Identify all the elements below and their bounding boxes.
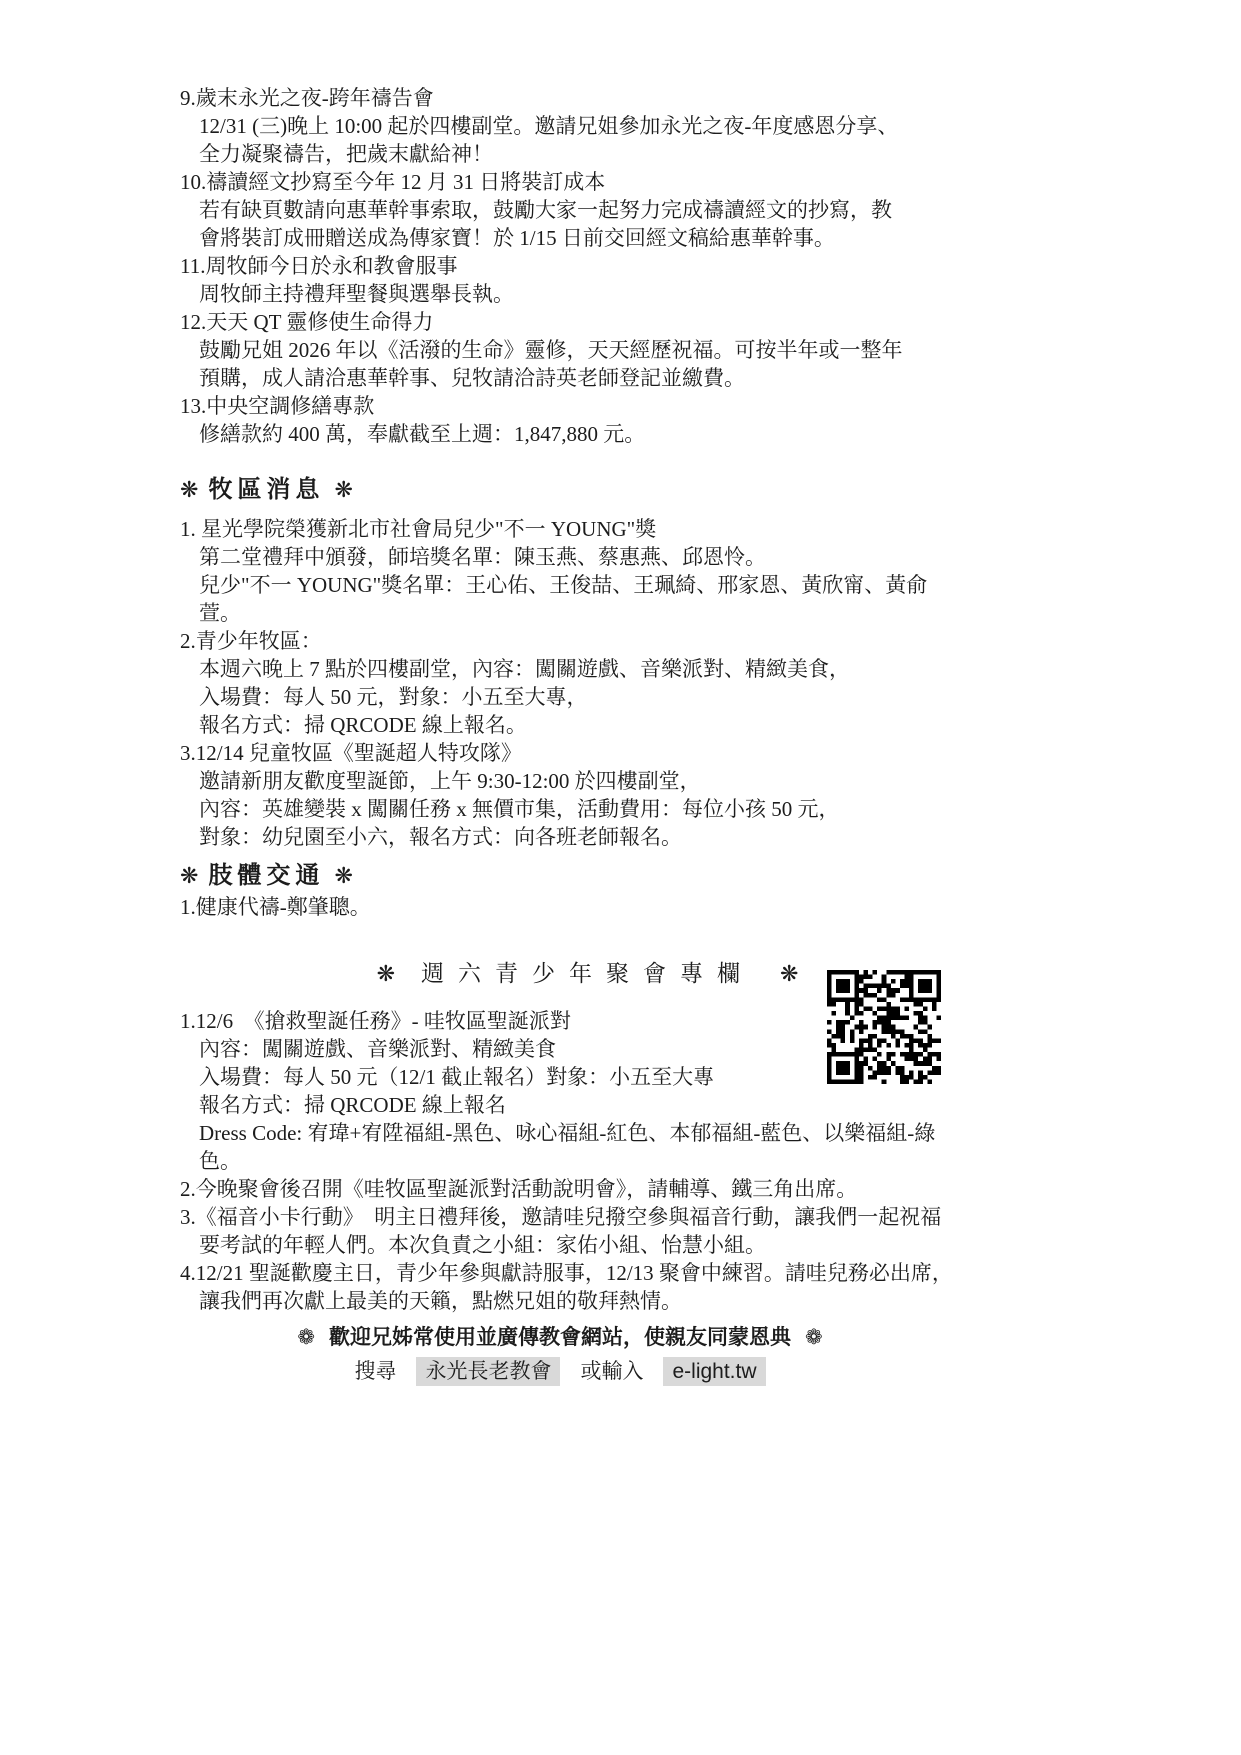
announcement-item: 12.天天 QT 靈修使生命得力 鼓勵兄姐 2026 年以《活潑的生命》靈修，天… xyxy=(180,308,940,392)
item-number: 1. xyxy=(180,895,196,919)
section-title: 牧區消息 xyxy=(208,476,324,503)
item-body-line: 修繕款約 400 萬，奉獻截至上週：1,847,880 元。 xyxy=(199,420,940,448)
church-url: e-light.tw xyxy=(663,1357,765,1386)
announcement-item: 11.周牧師今日於永和教會服事 周牧師主持禮拜聖餐與選舉長執。 xyxy=(180,252,940,308)
bulletin-page: { "colors": { "background": "#ffffff", "… xyxy=(0,0,1241,1755)
item-title: 12/21 聖誕歡慶主日，青少年參與獻詩服事，12/13 聚會中練習。請哇兒務必… xyxy=(196,1261,953,1285)
or-input-label: 或輸入 xyxy=(580,1360,643,1383)
item-title-row: 3.12/14 兒童牧區《聖誕超人特攻隊》 xyxy=(180,739,940,767)
item-body-line: 入場費：每人 50 元，對象：小五至大專， xyxy=(199,683,940,711)
item-number: 3. xyxy=(180,1205,196,1229)
item-number: 10. xyxy=(180,170,206,194)
item-title: 中央空調修繕專款 xyxy=(206,394,374,418)
fellowship-list: 1.健康代禱-鄭肇聰。 xyxy=(180,893,940,921)
announcement-item: 10.禱讀經文抄寫至今年 12 月 31 日將裝訂成本 若有缺頁數請向惠華幹事索… xyxy=(180,168,940,252)
item-title: 星光學院榮獲新北市社會局兒少"不一 YOUNG"獎 xyxy=(201,517,656,541)
item-title-row: 3.《福音小卡行動》 明主日禮拜後，邀請哇兒撥空參與福音行動，讓我們一起祝福 xyxy=(180,1203,940,1231)
footer-search-line: 搜尋永光長老教會或輸入e-light.tw xyxy=(180,1355,940,1389)
item-title-row: 1.12/6 《搶救聖誕任務》- 哇牧區聖誕派對 xyxy=(180,1007,940,1035)
item-title: 今晚聚會後召開《哇牧區聖誕派對活動說明會》，請輔導、鐵三角出席。 xyxy=(196,1177,858,1201)
flower-icon: ❋ xyxy=(334,863,352,888)
list-item: 4.12/21 聖誕歡慶主日，青少年參與獻詩服事，12/13 聚會中練習。請哇兒… xyxy=(180,1259,940,1315)
item-title-row: 4.12/21 聖誕歡慶主日，青少年參與獻詩服事，12/13 聚會中練習。請哇兒… xyxy=(180,1259,940,1287)
pastoral-list: 1. 星光學院榮獲新北市社會局兒少"不一 YOUNG"獎 第二堂禮拜中頒發，師培… xyxy=(180,515,940,851)
item-body-line: 預購，成人請洽惠華幹事、兒牧請洽詩英老師登記並繳費。 xyxy=(199,364,940,392)
item-title-row: 1.健康代禱-鄭肇聰。 xyxy=(180,893,940,921)
item-body-line: 邀請新朋友歡度聖誕節，上午 9:30-12:00 於四樓副堂， xyxy=(199,767,940,795)
list-item: 1. 星光學院榮獲新北市社會局兒少"不一 YOUNG"獎 第二堂禮拜中頒發，師培… xyxy=(180,515,940,627)
item-body-line: 兒少"不一 YOUNG"獎名單：王心佑、王俊喆、王珮綺、邢家恩、黃欣甯、黃俞 xyxy=(199,571,940,599)
item-number: 13. xyxy=(180,394,206,418)
list-item: 1.12/6 《搶救聖誕任務》- 哇牧區聖誕派對 內容：闖關遊戲、音樂派對、精緻… xyxy=(180,1007,940,1175)
announcement-item: 13.中央空調修繕專款 修繕款約 400 萬，奉獻截至上週：1,847,880 … xyxy=(180,392,940,448)
item-body-line: 要考試的年輕人們。本次負責之小組：家佑小組、怡慧小組。 xyxy=(199,1231,940,1259)
item-number: 2. xyxy=(180,629,196,653)
flower-icon: ❋ xyxy=(180,863,198,888)
flower-icon: ❁ xyxy=(805,1326,823,1349)
qr-code xyxy=(827,966,941,1088)
item-body-line: 本週六晚上 7 點於四樓副堂，內容：闖關遊戲、音樂派對、精緻美食， xyxy=(199,655,940,683)
section-header-fellowship: ❋肢體交通❋ xyxy=(180,859,940,893)
announcement-item: 9.歲末永光之夜-跨年禱告會 12/31 (三)晚上 10:00 起於四樓副堂。… xyxy=(180,84,940,168)
announcements-list: 9.歲末永光之夜-跨年禱告會 12/31 (三)晚上 10:00 起於四樓副堂。… xyxy=(180,84,940,448)
item-title-row: 2.今晚聚會後召開《哇牧區聖誕派對活動說明會》，請輔導、鐵三角出席。 xyxy=(180,1175,940,1203)
item-body-line: 12/31 (三)晚上 10:00 起於四樓副堂。邀請兄姐參加永光之夜-年度感恩… xyxy=(199,112,940,140)
item-title: 禱讀經文抄寫至今年 12 月 31 日將裝訂成本 xyxy=(206,170,605,194)
item-title: 天天 QT 靈修使生命得力 xyxy=(206,310,433,334)
item-title-row: 9.歲末永光之夜-跨年禱告會 xyxy=(180,84,940,112)
document-content: 9.歲末永光之夜-跨年禱告會 12/31 (三)晚上 10:00 起於四樓副堂。… xyxy=(180,84,940,1389)
item-title-row: 1. 星光學院榮獲新北市社會局兒少"不一 YOUNG"獎 xyxy=(180,515,940,543)
item-title: 12/6 《搶救聖誕任務》- 哇牧區聖誕派對 xyxy=(196,1009,571,1033)
item-body-line: 萱。 xyxy=(199,599,940,627)
item-body-line: 第二堂禮拜中頒發，師培獎名單：陳玉燕、蔡惠燕、邱恩怜。 xyxy=(199,543,940,571)
item-body-line: 色。 xyxy=(199,1147,940,1175)
flower-icon: ❋ xyxy=(334,477,352,502)
footer-welcome-line: ❁歡迎兄姊常使用並廣傳教會網站，使親友同蒙恩典❁ xyxy=(180,1323,940,1353)
flower-icon: ❋ xyxy=(780,961,798,986)
item-body-line: 若有缺頁數請向惠華幹事索取，鼓勵大家一起努力完成禱讀經文的抄寫，教 xyxy=(199,196,940,224)
item-body-line: 會將裝訂成冊贈送成為傳家寶！於 1/15 日前交回經文稿給惠華幹事。 xyxy=(199,224,940,252)
list-item: 3.12/14 兒童牧區《聖誕超人特攻隊》 邀請新朋友歡度聖誕節，上午 9:30… xyxy=(180,739,940,851)
item-number: 1. xyxy=(180,517,201,541)
item-number: 12. xyxy=(180,310,206,334)
footer-welcome-text: 歡迎兄姊常使用並廣傳教會網站，使親友同蒙恩典 xyxy=(329,1326,791,1349)
list-item: 3.《福音小卡行動》 明主日禮拜後，邀請哇兒撥空參與福音行動，讓我們一起祝福 要… xyxy=(180,1203,940,1259)
section-header-youth: ❋週六青少年聚會專欄❋ xyxy=(180,957,940,991)
item-number: 1. xyxy=(180,1009,196,1033)
item-body-line: 內容：英雄變裝 x 闖關任務 x 無價市集，活動費用：每位小孩 50 元， xyxy=(199,795,940,823)
search-term-highlight: 永光長老教會 xyxy=(416,1357,560,1386)
item-body-line: 全力凝聚禱告，把歲末獻給神！ xyxy=(199,140,940,168)
item-title: 青少年牧區： xyxy=(196,629,322,653)
flower-icon: ❋ xyxy=(377,961,395,986)
list-item: 2.今晚聚會後召開《哇牧區聖誕派對活動說明會》，請輔導、鐵三角出席。 xyxy=(180,1175,940,1203)
item-title-row: 12.天天 QT 靈修使生命得力 xyxy=(180,308,940,336)
item-title-row: 11.周牧師今日於永和教會服事 xyxy=(180,252,940,280)
item-title: 歲末永光之夜-跨年禱告會 xyxy=(196,86,434,110)
item-title-row: 10.禱讀經文抄寫至今年 12 月 31 日將裝訂成本 xyxy=(180,168,940,196)
flower-icon: ❋ xyxy=(180,477,198,502)
item-number: 2. xyxy=(180,1177,196,1201)
item-number: 3. xyxy=(180,741,196,765)
search-prefix-label: 搜尋 xyxy=(354,1360,396,1383)
item-body-line: 周牧師主持禮拜聖餐與選舉長執。 xyxy=(199,280,940,308)
flower-icon: ❁ xyxy=(297,1326,315,1349)
item-number: 9. xyxy=(180,86,196,110)
section-title: 肢體交通 xyxy=(208,862,324,889)
item-title: 周牧師今日於永和教會服事 xyxy=(205,254,457,278)
item-body-line: 報名方式：掃 QRCODE 線上報名 xyxy=(199,1091,940,1119)
item-title: 12/14 兒童牧區《聖誕超人特攻隊》 xyxy=(196,741,522,765)
item-title: 健康代禱-鄭肇聰。 xyxy=(196,895,371,919)
item-body-line: Dress Code: 宥瑋+宥陞福組-黑色、咏心福組-紅色、本郁福組-藍色、以… xyxy=(199,1119,940,1147)
section-header-pastoral: ❋牧區消息❋ xyxy=(180,473,940,507)
item-title-row: 13.中央空調修繕專款 xyxy=(180,392,940,420)
item-title-row: 2.青少年牧區： xyxy=(180,627,940,655)
item-body-line: 對象：幼兒園至小六，報名方式：向各班老師報名。 xyxy=(199,823,940,851)
item-body-line: 報名方式：掃 QRCODE 線上報名。 xyxy=(199,711,940,739)
item-number: 4. xyxy=(180,1261,196,1285)
section-title: 週六青少年聚會專欄 xyxy=(421,961,754,986)
footer: ❁歡迎兄姊常使用並廣傳教會網站，使親友同蒙恩典❁ 搜尋永光長老教會或輸入e-li… xyxy=(180,1323,940,1389)
item-number: 11. xyxy=(180,254,205,278)
item-body-line: 鼓勵兄姐 2026 年以《活潑的生命》靈修，天天經歷祝福。可按半年或一整年 xyxy=(199,336,940,364)
list-item: 2.青少年牧區： 本週六晚上 7 點於四樓副堂，內容：闖關遊戲、音樂派對、精緻美… xyxy=(180,627,940,739)
item-body-line: 讓我們再次獻上最美的天籟，點燃兄姐的敬拜熱情。 xyxy=(199,1287,940,1315)
item-title: 《福音小卡行動》 明主日禮拜後，邀請哇兒撥空參與福音行動，讓我們一起祝福 xyxy=(196,1205,942,1229)
youth-list: 1.12/6 《搶救聖誕任務》- 哇牧區聖誕派對 內容：闖關遊戲、音樂派對、精緻… xyxy=(180,1007,940,1315)
